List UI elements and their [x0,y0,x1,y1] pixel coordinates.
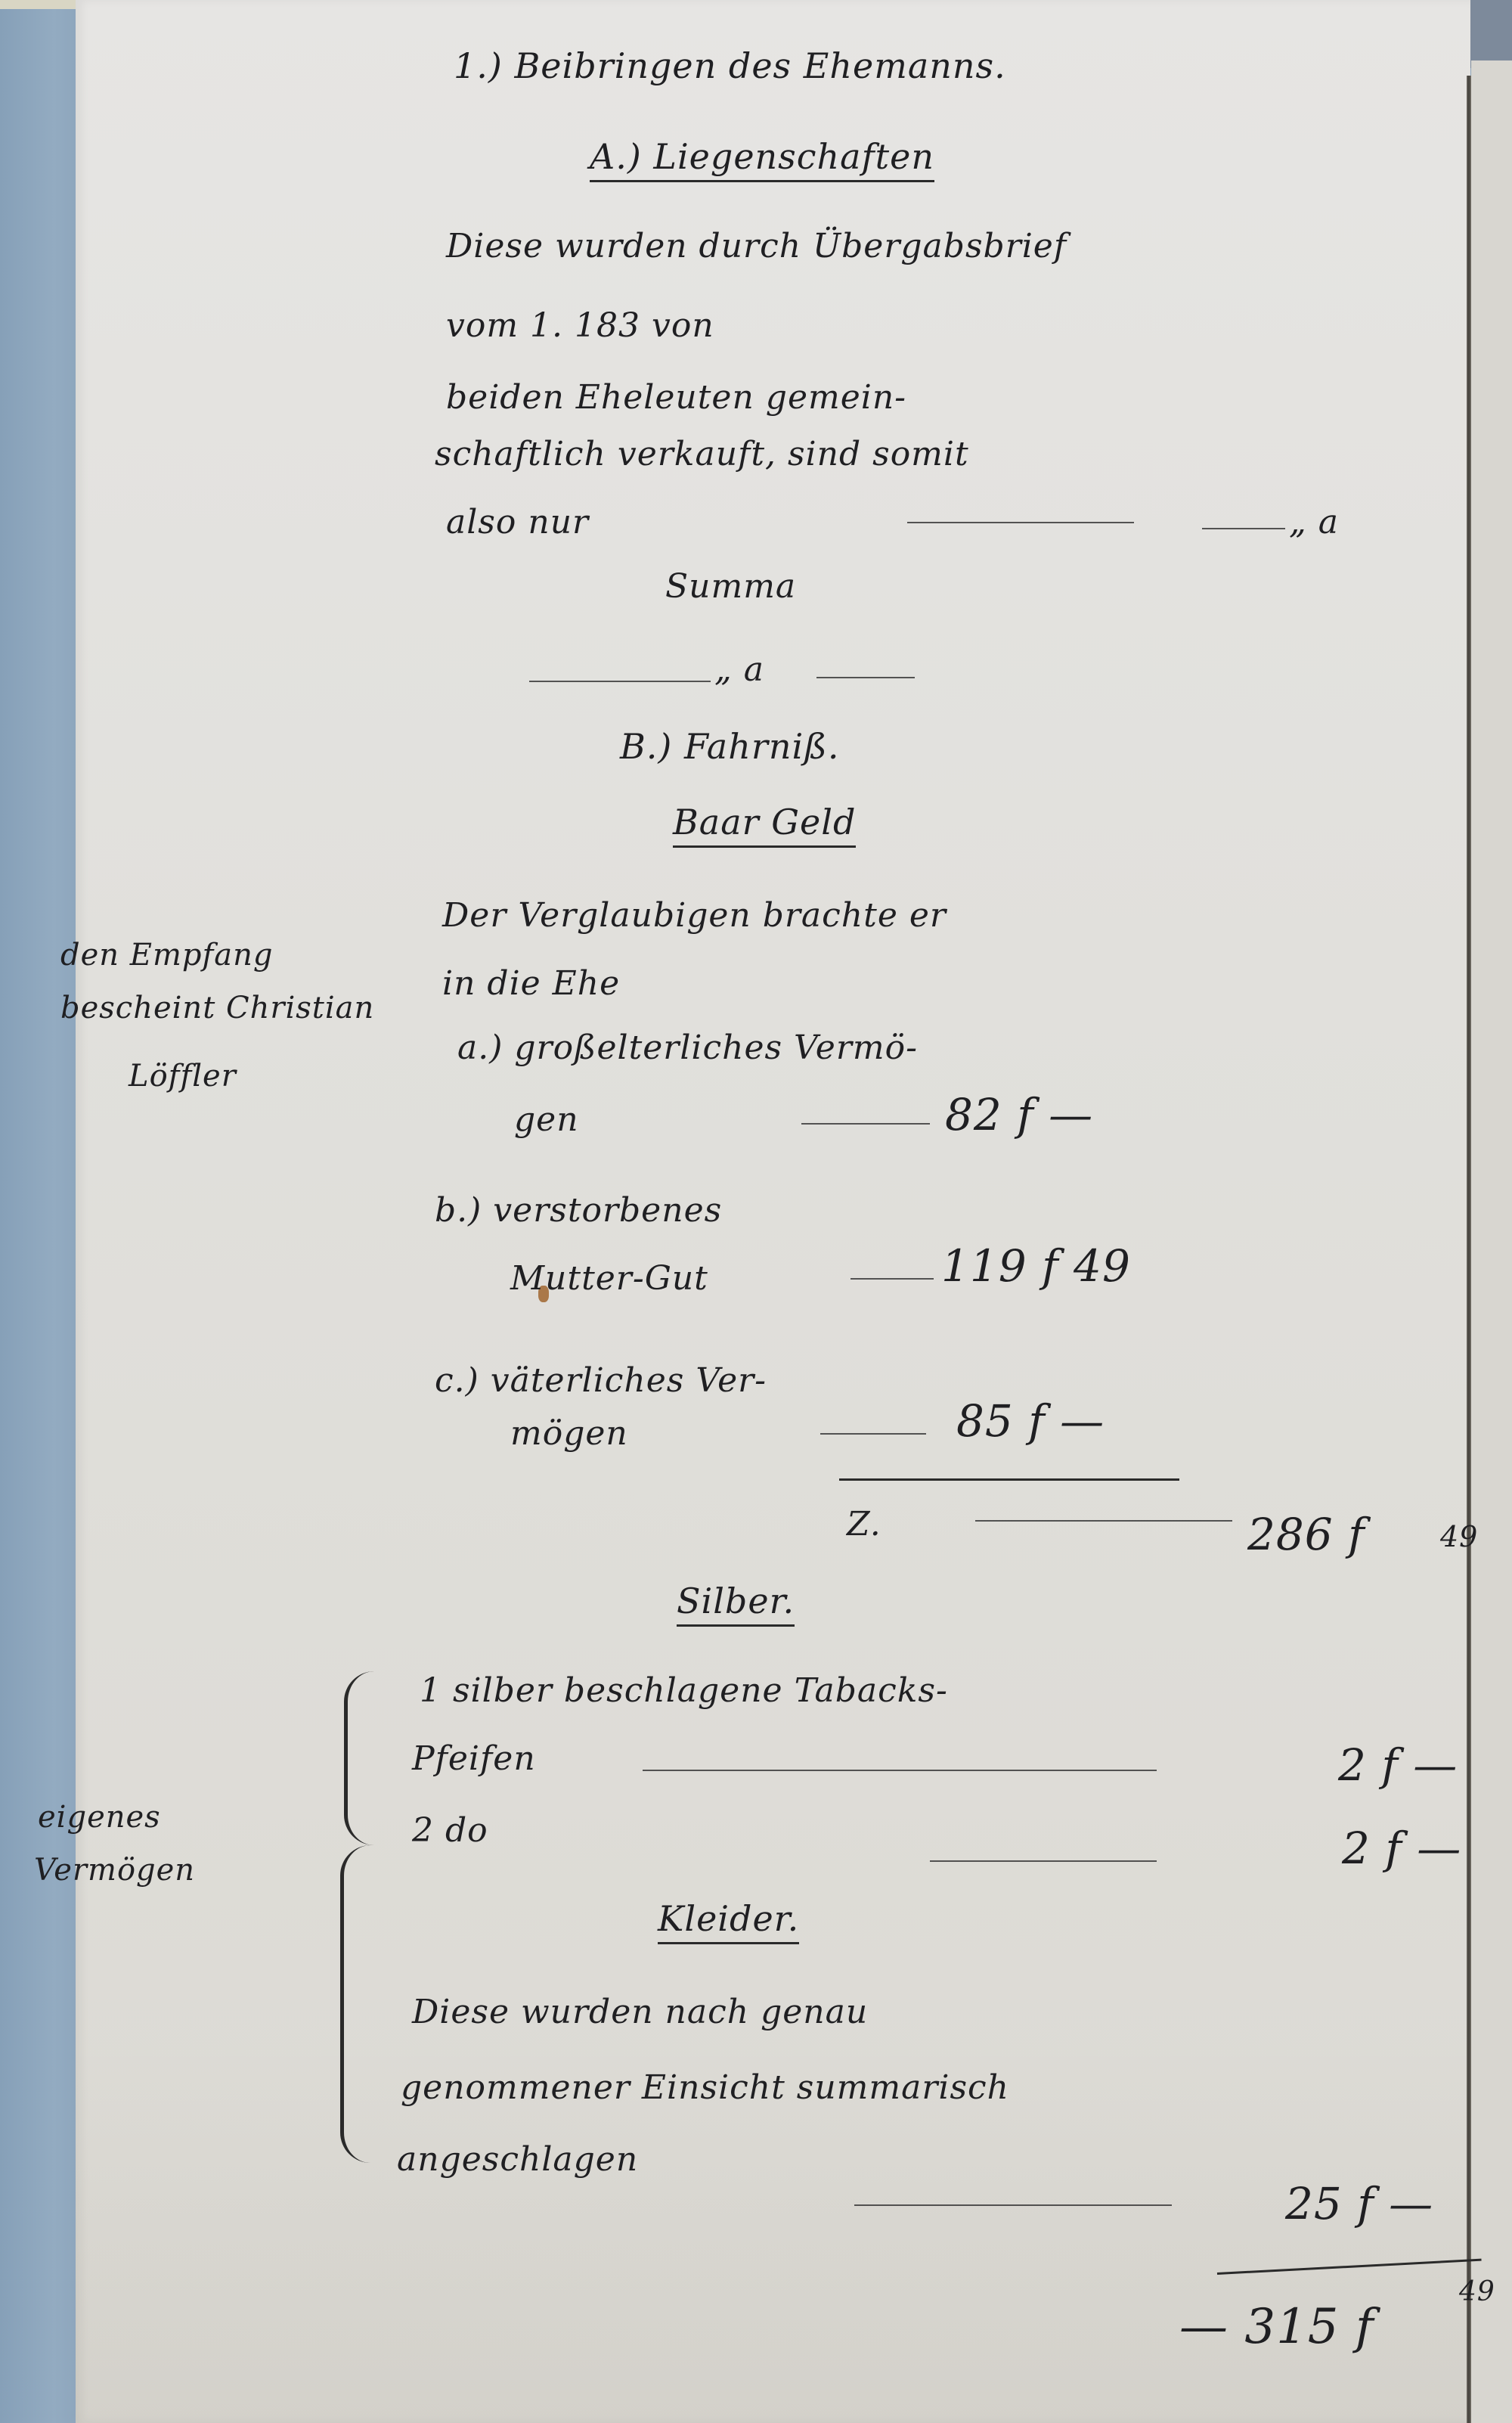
subtotal-kr: 49 [1440,1520,1478,1553]
item-c-amount: 85 f — [956,1395,1105,1447]
margin-receipt-2: bescheint Christian [60,991,374,1025]
brace-lower [340,1845,374,2163]
silber-title: Silber. [677,1581,795,1627]
fill-dash [907,522,1134,523]
silber-item-1-label2: Pfeifen [412,1739,536,1778]
sum-rule [839,1478,1179,1481]
silber-item-1-label: 1 silber beschlagene Tabacks- [420,1671,948,1710]
ledger-page [76,0,1470,2423]
grand-total-fl: — 315 f [1179,2299,1374,2355]
item-a-label2: gen [514,1100,579,1139]
backing-edge [0,0,83,9]
item-b-label: b.) verstorbenes [435,1191,722,1230]
kleider-title: Kleider. [658,1898,799,1944]
baargeld-intro-2: in die Ehe [442,964,620,1003]
subtotal-fl: 286 f [1247,1509,1365,1560]
margin-receipt-1: den Empfang [60,938,274,973]
baargeld-title: Baar Geld [673,802,856,848]
kleider-amount: 25 f — [1285,2178,1433,2229]
section-b-title: B.) Fahrniß. [620,726,840,767]
fill-dash [1202,528,1285,529]
item-b-label2: Mutter-Gut [510,1259,708,1298]
section-a-title: A.) Liegenschaften [590,136,934,182]
summa-label: Summa [665,567,796,606]
section-a-amount: „ a [1289,503,1339,541]
fill-dash [850,1278,934,1280]
fill-dash [975,1520,1232,1522]
fill-dash [801,1123,930,1125]
margin-own-2: Vermögen [34,1853,195,1888]
next-page-edge [1471,60,1512,2423]
fill-dash [930,1860,1157,1862]
kleider-line-3: angeschlagen [397,2140,638,2179]
item-c-label: c.) väterliches Ver- [435,1361,767,1400]
section-a-line-1: Diese wurden durch Übergabsbrief [446,227,1067,265]
section-a-line-5: also nur [446,503,589,541]
section-a-line-2: vom 1. 183 von [446,306,714,345]
item-c-label2: mögen [510,1414,628,1453]
kleider-line-2: genommener Einsicht summarisch [401,2068,1009,2107]
silber-item-2-amount: 2 f — [1342,1823,1461,1874]
margin-receipt-3: Löffler [129,1059,237,1094]
brace-upper [344,1671,378,1845]
margin-own-1: eigenes [38,1800,161,1835]
baargeld-intro-1: Der Verglaubigen brachte er [442,896,947,935]
summa-value: „ a [714,650,764,689]
item-a-amount: 82 f — [945,1089,1093,1140]
section-a-line-3: beiden Eheleuten gemein- [446,378,906,417]
fill-dash [820,1433,926,1435]
section-a-line-4: schaftlich verkauft, sind somit [435,435,969,473]
grand-total-kr: 49 [1459,2276,1495,2307]
kleider-line-1: Diese wurden nach genau [412,1993,868,2031]
silber-item-1-amount: 2 f — [1338,1739,1458,1791]
page-gutter [1467,76,1471,2423]
fill-dash [529,681,711,682]
item-a-label: a.) großelterliches Vermö- [457,1028,918,1067]
silber-item-2-label: 2 do [412,1811,488,1850]
item-b-amount: 119 f 49 [941,1240,1131,1292]
fill-dash [816,677,915,678]
subtotal-label: Z. [847,1505,881,1543]
fill-dash [643,1770,1157,1771]
page-heading: 1.) Beibringen des Ehemanns. [454,45,1006,86]
fill-dash [854,2204,1172,2206]
